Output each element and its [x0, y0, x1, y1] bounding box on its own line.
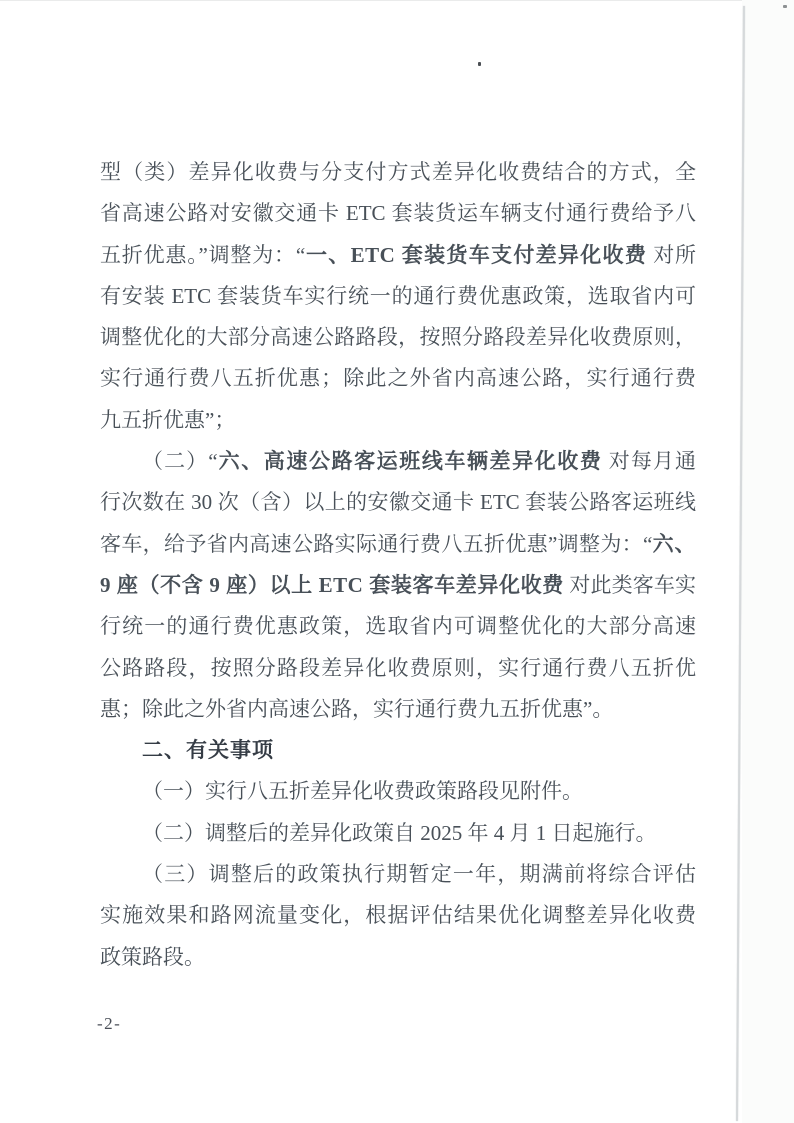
bold-text: 9 座（不含 9 座）以上 ETC 套装客车差异化收费 [100, 573, 564, 597]
body-text: 实行通行费八五折优惠；除此之外省内高速公路，实行通行费 [100, 366, 696, 390]
text-line: 行统一的通行费优惠政策，选取省内可调整优化的大部分高速 [100, 606, 696, 647]
body-text: 对所 [647, 243, 696, 267]
body-text: 政策路段。 [100, 945, 205, 969]
body-text: （二）“ [142, 449, 218, 473]
text-line: （二）调整后的差异化政策自 2025 年 4 月 1 日起施行。 [100, 813, 696, 854]
text-line: 实行通行费八五折优惠；除此之外省内高速公路，实行通行费 [100, 358, 696, 399]
ink-speck [478, 62, 481, 66]
body-text: 惠；除此之外省内高速公路，实行通行费九五折优惠”。 [100, 697, 613, 721]
scan-top-edge [0, 0, 794, 1]
body-text: 九五折优惠”； [100, 408, 235, 432]
section-heading: 二、有关事项 [100, 730, 696, 771]
text-line: 政策路段。 [100, 937, 696, 978]
text-line: 省高速公路对安徽交通卡 ETC 套装货运车辆支付通行费给予八 [100, 193, 696, 234]
body-text: 公路路段，按照分路段差异化收费原则，实行通行费八五折优 [100, 656, 696, 680]
body-text: 行次数在 30 次（含）以上的安徽交通卡 ETC 套装公路客运班线 [100, 490, 696, 514]
body-text: 行统一的通行费优惠政策，选取省内可调整优化的大部分高速 [100, 614, 696, 638]
text-line: 行次数在 30 次（含）以上的安徽交通卡 ETC 套装公路客运班线 [100, 482, 696, 523]
body-text: 五折优惠。”调整为：“ [100, 243, 305, 267]
body-text: 调整优化的大部分高速公路路段，按照分路段差异化收费原则， [100, 325, 696, 349]
body-text: 型（类）差异化收费与分支付方式差异化收费结合的方式，全 [100, 160, 696, 184]
text-line: 有安装 ETC 套装货车实行统一的通行费优惠政策，选取省内可 [100, 276, 696, 317]
bold-text: 一、ETC 套装货车支付差异化收费 [305, 243, 647, 267]
text-line: 五折优惠。”调整为：“一、ETC 套装货车支付差异化收费 对所 [100, 235, 696, 276]
body-text: （三）调整后的政策执行期暂定一年，期满前将综合评估 [142, 862, 696, 886]
body-text: （一）实行八五折差异化收费政策路段见附件。 [142, 779, 583, 803]
text-line: 调整优化的大部分高速公路路段，按照分路段差异化收费原则， [100, 317, 696, 358]
text-block: 型（类）差异化收费与分支付方式差异化收费结合的方式，全省高速公路对安徽交通卡 E… [100, 152, 696, 978]
page-number: -2- [97, 1014, 121, 1034]
text-line: 九五折优惠”； [100, 400, 696, 441]
body-text: 实施效果和路网流量变化，根据评估结果优化调整差异化收费 [100, 903, 696, 927]
text-line: 公路路段，按照分路段差异化收费原则，实行通行费八五折优 [100, 648, 696, 689]
body-text: 有安装 ETC 套装货车实行统一的通行费优惠政策，选取省内可 [100, 284, 696, 308]
text-line: （二）“六、高速公路客运班线车辆差异化收费 对每月通 [100, 441, 696, 482]
body-text: 省高速公路对安徽交通卡 ETC 套装货运车辆支付通行费给予八 [100, 201, 696, 225]
body-text: 客车，给予省内高速公路实际通行费八五折优惠”调整为：“ [100, 532, 652, 556]
text-line: 客车，给予省内高速公路实际通行费八五折优惠”调整为：“六、 [100, 524, 696, 565]
body-text: 对此类客车实 [564, 573, 696, 597]
document-page: 型（类）差异化收费与分支付方式差异化收费结合的方式，全省高速公路对安徽交通卡 E… [0, 0, 794, 1123]
scan-edge-strip [742, 0, 794, 1123]
body-text: 对每月通 [602, 449, 696, 473]
text-line: 型（类）差异化收费与分支付方式差异化收费结合的方式，全 [100, 152, 696, 193]
text-line: 惠；除此之外省内高速公路，实行通行费九五折优惠”。 [100, 689, 696, 730]
bold-text: 六、 [652, 532, 696, 556]
text-line: （一）实行八五折差异化收费政策路段见附件。 [100, 771, 696, 812]
bold-text: 六、高速公路客运班线车辆差异化收费 [218, 449, 603, 473]
corner-speck [783, 5, 787, 8]
text-line: 9 座（不含 9 座）以上 ETC 套装客车差异化收费 对此类客车实 [100, 565, 696, 606]
body-text: （二）调整后的差异化政策自 2025 年 4 月 1 日起施行。 [142, 821, 657, 845]
text-line: 实施效果和路网流量变化，根据评估结果优化调整差异化收费 [100, 895, 696, 936]
text-line: （三）调整后的政策执行期暂定一年，期满前将综合评估 [100, 854, 696, 895]
body-text: 二、有关事项 [142, 739, 274, 762]
